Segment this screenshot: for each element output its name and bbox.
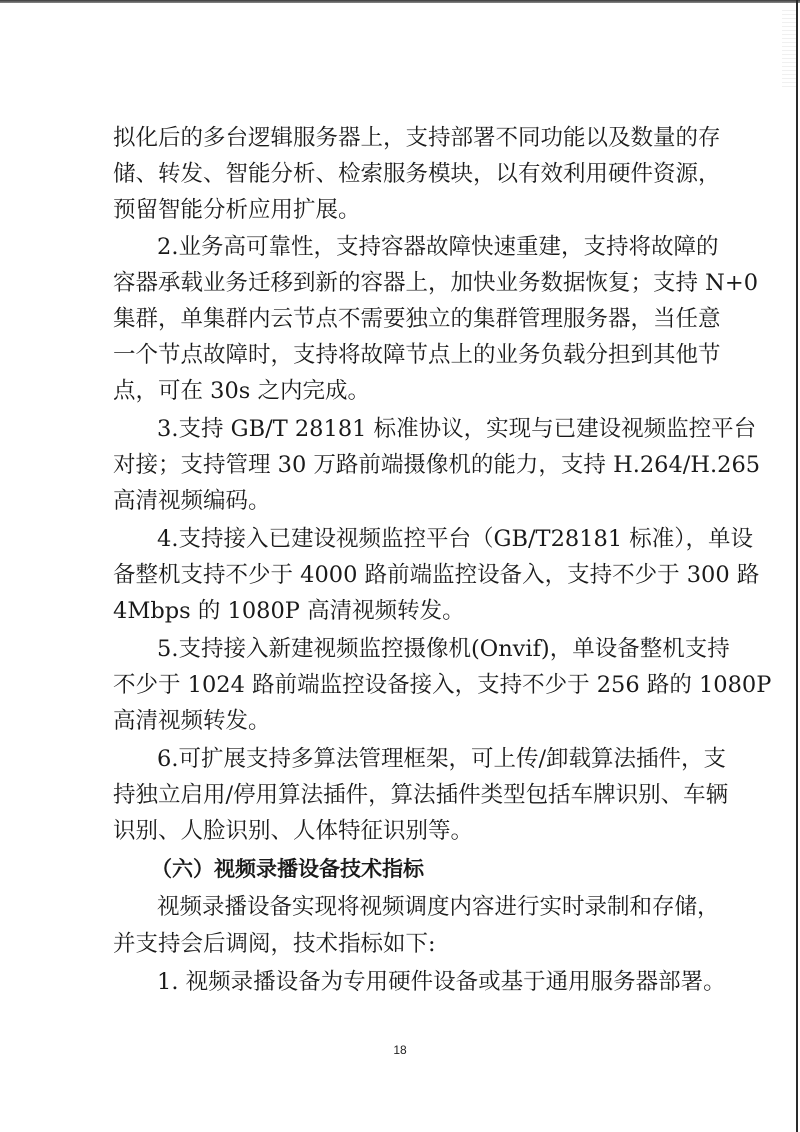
text-line: 6.可扩展支持多算法管理框架，可上传/卸载算法插件，支 bbox=[157, 742, 697, 776]
text-line: 拟化后的多台逻辑服务器上，支持部署不同功能以及数量的存 bbox=[113, 121, 697, 155]
text-line: 高清视频转发。 bbox=[113, 704, 697, 738]
text-line: 容器承载业务迁移到新的容器上，加快业务数据恢复；支持 N+0 bbox=[113, 266, 697, 300]
text-line: 4Mbps 的 1080P 高清视频转发。 bbox=[113, 594, 697, 628]
text-line: 备整机支持不少于 4000 路前端监控设备入，支持不少于 300 路 bbox=[113, 558, 697, 592]
text-line: 3.支持 GB/T 28181 标准协议，实现与已建设视频监控平台 bbox=[157, 412, 697, 446]
scan-border-top bbox=[0, 0, 800, 3]
text-line: 并支持会后调阅，技术指标如下: bbox=[113, 927, 697, 961]
text-line: 集群，单集群内云节点不需要独立的集群管理服务器，当任意 bbox=[113, 302, 697, 336]
text-line: 点，可在 30s 之内完成。 bbox=[113, 374, 697, 408]
page-number: 18 bbox=[388, 1043, 412, 1057]
section-heading-video-recording-specs: （六）视频录播设备技术指标 bbox=[151, 852, 424, 886]
text-line: 5.支持接入新建视频监控摄像机(Onvif)，单设备整机支持 bbox=[157, 632, 697, 666]
text-line: 一个节点故障时，支持将故障节点上的业务负载分担到其他节 bbox=[113, 338, 697, 372]
text-line: 持独立启用/停用算法插件，算法插件类型包括车牌识别、车辆 bbox=[113, 778, 697, 812]
text-line: 高清视频编码。 bbox=[113, 484, 697, 518]
text-line: 4.支持接入已建设视频监控平台（GB/T28181 标准），单设 bbox=[157, 522, 697, 556]
text-line: 储、转发、智能分析、检索服务模块，以有效利用硬件资源， bbox=[113, 157, 697, 191]
text-line: 视频录播设备实现将视频调度内容进行实时录制和存储， bbox=[157, 890, 697, 924]
text-line: 预留智能分析应用扩展。 bbox=[113, 193, 697, 227]
text-line: 不少于 1024 路前端监控设备接入，支持不少于 256 路的 1080P bbox=[113, 668, 697, 702]
scan-noise bbox=[782, 10, 796, 90]
scan-border-right bbox=[796, 0, 798, 1132]
text-line: 1. 视频录播设备为专用硬件设备或基于通用服务器部署。 bbox=[157, 965, 697, 999]
text-line: 对接；支持管理 30 万路前端摄像机的能力，支持 H.264/H.265 bbox=[113, 448, 697, 482]
text-line: 识别、人脸识别、人体特征识别等。 bbox=[113, 814, 697, 848]
text-line: 2.业务高可靠性，支持容器故障快速重建，支持将故障的 bbox=[157, 230, 697, 264]
